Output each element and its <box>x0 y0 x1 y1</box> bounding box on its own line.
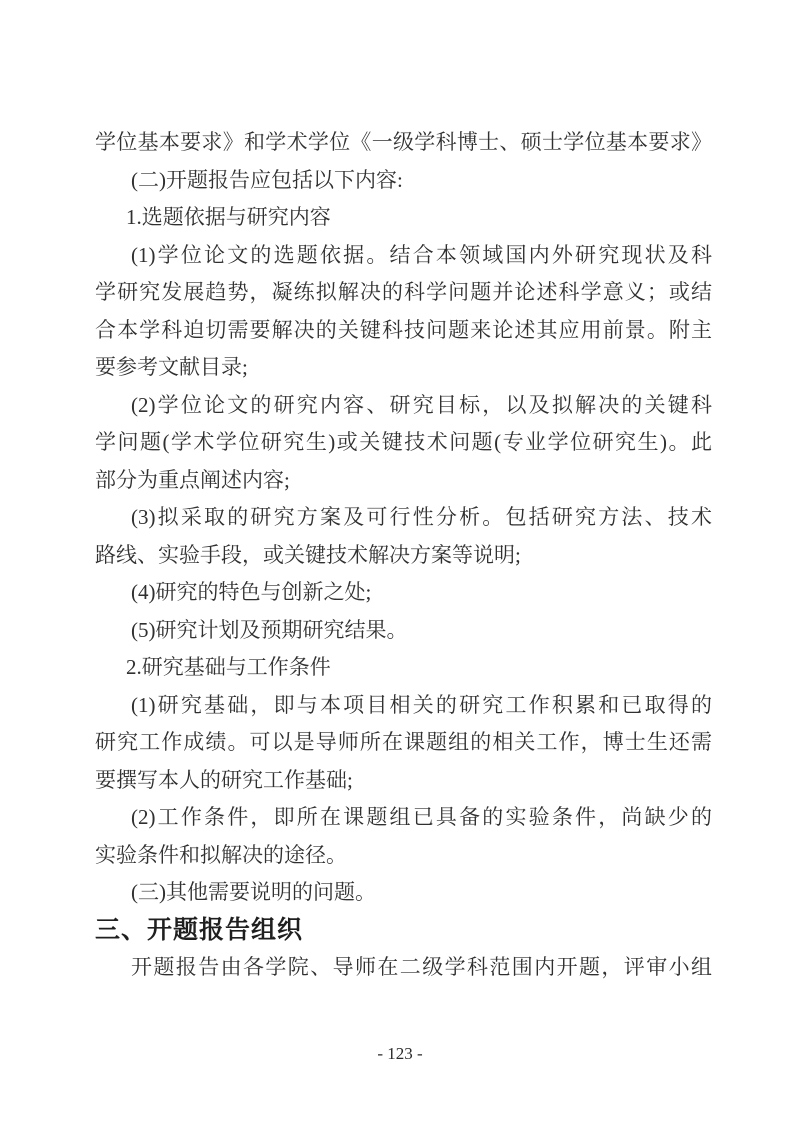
page-number: - 123 - <box>0 1043 800 1065</box>
section-heading: 三、开题报告组织 <box>95 912 712 950</box>
text-line: 部分为重点阐述内容; <box>95 462 712 500</box>
text-line: 学研究发展趋势，凝练拟解决的科学问题并论述科学意义；或结 <box>95 274 712 312</box>
text-line: (1)学位论文的选题依据。结合本领域国内外研究现状及科 <box>95 237 712 275</box>
text-line: 学问题(学术学位研究生)或关键技术问题(专业学位研究生)。此 <box>95 424 712 462</box>
text-line: 学位基本要求》和学术学位《一级学科博士、硕士学位基本要求》 <box>95 124 712 162</box>
text-line: (2)学位论文的研究内容、研究目标，以及拟解决的关键科 <box>95 387 712 425</box>
document-page: 学位基本要求》和学术学位《一级学科博士、硕士学位基本要求》 (二)开题报告应包括… <box>0 0 800 1131</box>
document-body: 学位基本要求》和学术学位《一级学科博士、硕士学位基本要求》 (二)开题报告应包括… <box>95 124 712 987</box>
text-line: 要撰写本人的研究工作基础; <box>95 762 712 800</box>
text-line: (4)研究的特色与创新之处; <box>95 574 712 612</box>
text-line: 1.选题依据与研究内容 <box>95 199 712 237</box>
text-line: 合本学科迫切需要解决的关键科技问题来论述其应用前景。附主 <box>95 312 712 350</box>
text-line: (2)工作条件，即所在课题组已具备的实验条件，尚缺少的 <box>95 799 712 837</box>
text-line: 实验条件和拟解决的途径。 <box>95 837 712 875</box>
text-line: (1)研究基础，即与本项目相关的研究工作积累和已取得的 <box>95 687 712 725</box>
text-line: 开题报告由各学院、导师在二级学科范围内开题，评审小组 <box>95 949 712 987</box>
text-line: (二)开题报告应包括以下内容: <box>95 162 712 200</box>
text-line: 研究工作成绩。可以是导师所在课题组的相关工作，博士生还需 <box>95 724 712 762</box>
text-line: 要参考文献目录; <box>95 349 712 387</box>
text-line: 路线、实验手段，或关键技术解决方案等说明; <box>95 537 712 575</box>
text-line: (3)拟采取的研究方案及可行性分析。包括研究方法、技术 <box>95 499 712 537</box>
text-line: (5)研究计划及预期研究结果。 <box>95 612 712 650</box>
text-line: 2.研究基础与工作条件 <box>95 649 712 687</box>
text-line: (三)其他需要说明的问题。 <box>95 874 712 912</box>
